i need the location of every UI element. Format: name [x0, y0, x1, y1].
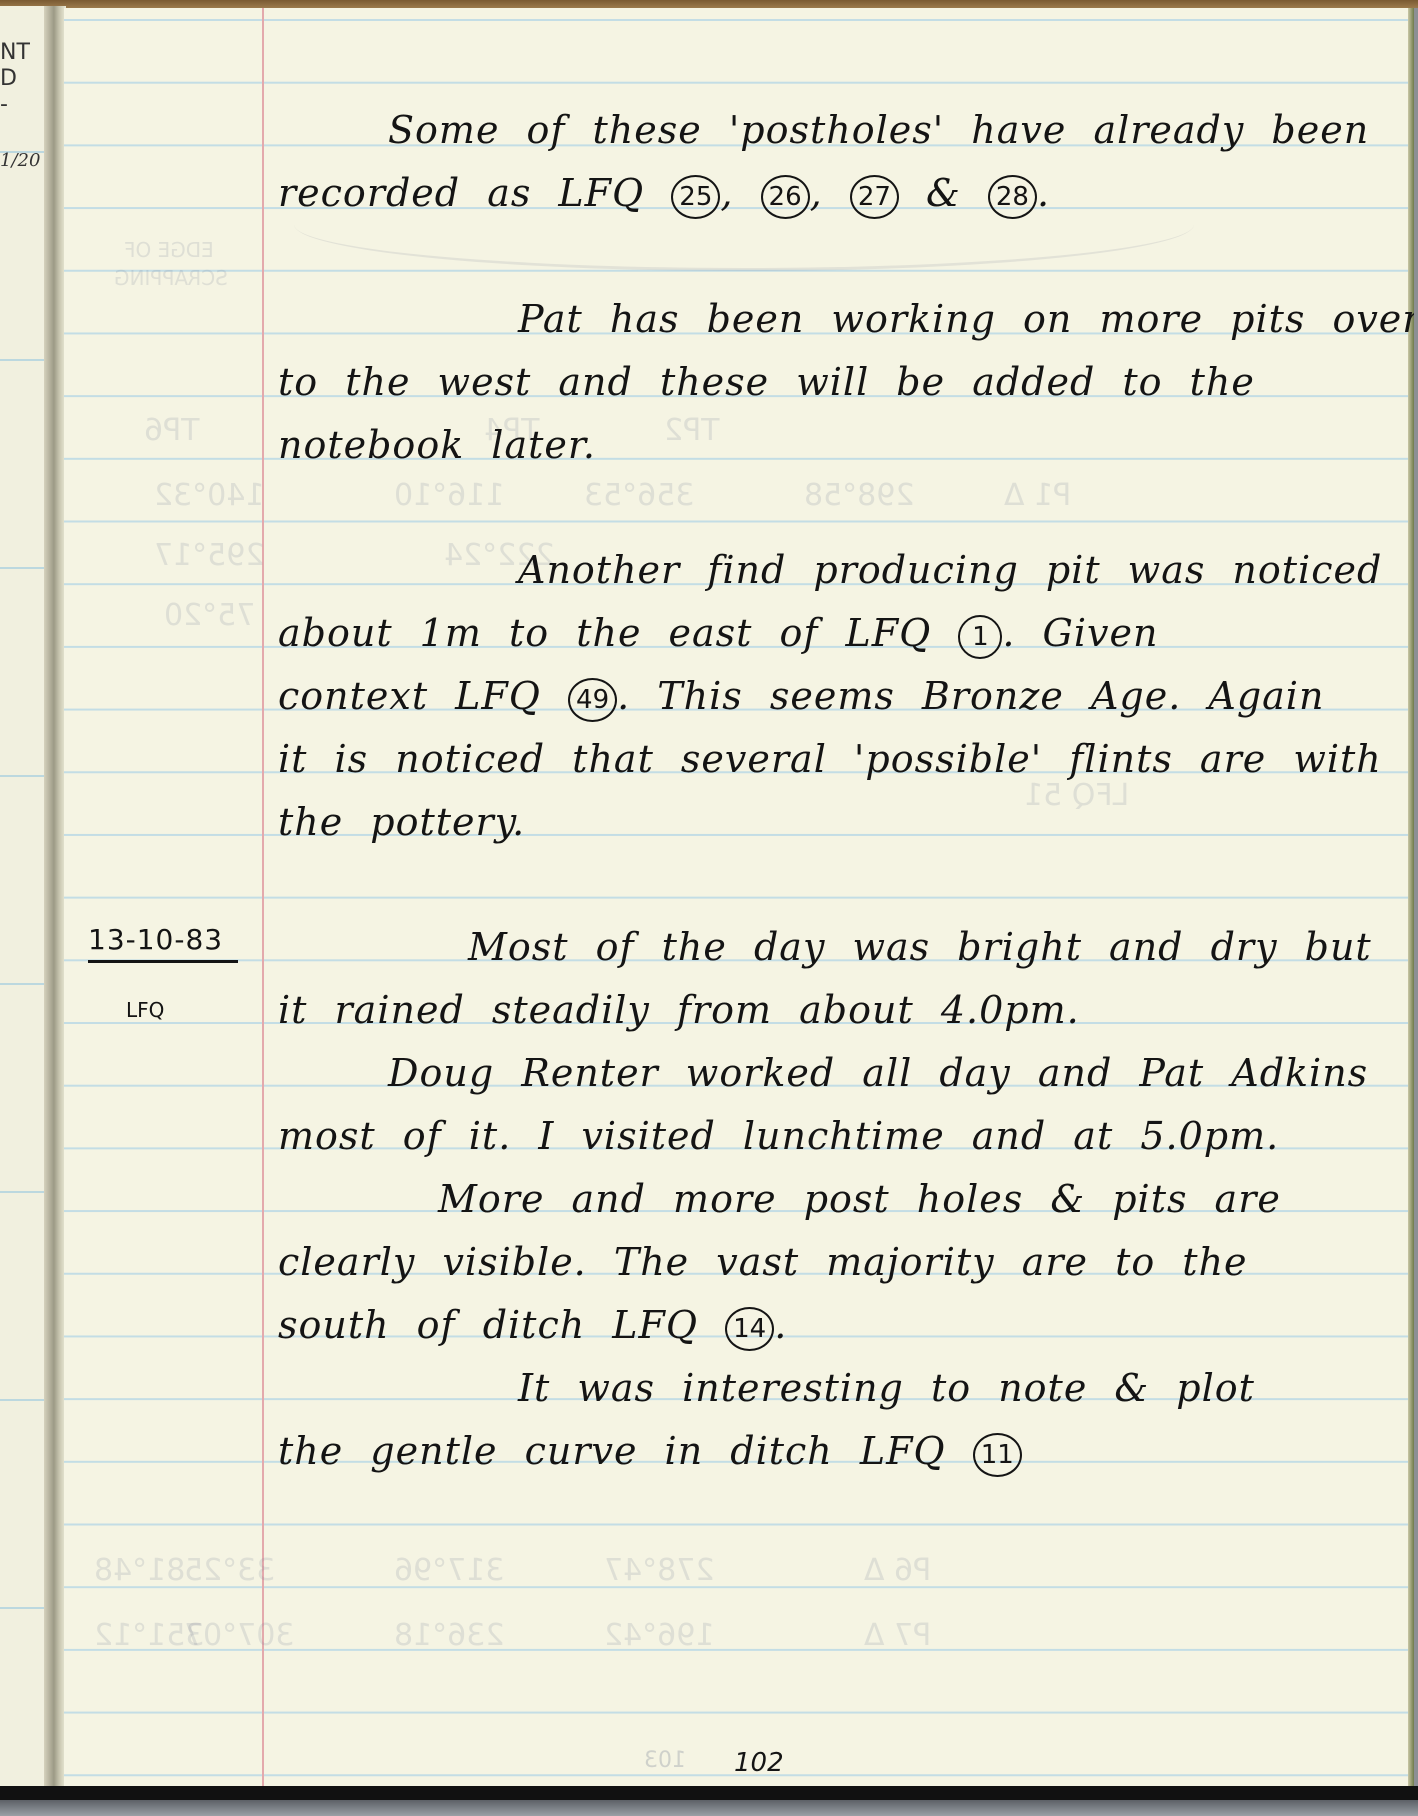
bleed-through-text: 278°47 — [604, 1553, 714, 1588]
ruled-lines — [64, 8, 1414, 1786]
line-text: . — [1037, 171, 1050, 215]
line-text: recorded as LFQ — [278, 171, 644, 215]
handwritten-line: clearly visible. The vast majority are t… — [278, 1240, 1398, 1284]
bleed-through-text: 356°53 — [584, 478, 694, 513]
handwritten-line: More and more post holes & pits are — [278, 1177, 1414, 1221]
bleed-through-text: 75°20 — [164, 598, 255, 633]
previous-page-sliver — [0, 6, 50, 1786]
handwritten-line: Some of these 'postholes' have already b… — [278, 108, 1414, 152]
handwritten-line: Pat has been working on more pits over — [278, 297, 1414, 341]
background-surface — [0, 1800, 1418, 1816]
handwritten-line: context LFQ 49. This seems Bronze Age. A… — [278, 674, 1398, 722]
line-text: . — [774, 1303, 787, 1347]
book-binding-edge — [0, 1786, 1418, 1800]
notebook-page: EDGE OF SCRAPPING TP2 TP4 TP6 P1 Δ 298°5… — [64, 8, 1414, 1786]
bleed-through-text: 116°10 — [394, 478, 504, 513]
bleed-through-text: 33°25 — [184, 1553, 275, 1588]
handwritten-line: the gentle curve in ditch LFQ 11 — [278, 1429, 1398, 1477]
line-text: the gentle curve in ditch LFQ — [278, 1429, 946, 1473]
book-gutter — [44, 6, 66, 1786]
handwritten-line: south of ditch LFQ 14. — [278, 1303, 1398, 1351]
bleed-through-text: 81°48 — [94, 1553, 185, 1588]
bleed-through-text: SCRAPPING — [114, 266, 228, 290]
handwritten-line: Another find producing pit was noticed — [278, 548, 1414, 592]
bleed-through-text: EDGE OF — [124, 238, 214, 262]
line-text: . Given — [1002, 611, 1158, 655]
handwritten-line: notebook later. — [278, 423, 1398, 467]
margin-rule — [262, 8, 264, 1786]
line-text: context LFQ — [278, 674, 541, 718]
bleed-through-text: P7 Δ — [864, 1618, 931, 1653]
handwritten-line: It was interesting to note & plot — [278, 1366, 1414, 1410]
handwritten-line: it is noticed that several 'possible' fl… — [278, 737, 1398, 781]
context-ref-circle: 14 — [725, 1307, 774, 1351]
handwritten-line: Doug Renter worked all day and Pat Adkin… — [278, 1051, 1414, 1095]
page-edge — [1408, 8, 1414, 1786]
bleed-through-text: 317°96 — [394, 1553, 504, 1588]
previous-page-fragment: NT — [0, 40, 40, 66]
notebook-cover-edge — [0, 0, 1418, 8]
handwritten-line: Most of the day was bright and dry but — [278, 925, 1414, 969]
entry-date: 13-10-83 — [88, 923, 238, 963]
site-code: LFQ — [126, 998, 164, 1022]
bleed-through-page-number: 103 — [644, 1748, 686, 1773]
context-ref-circle: 49 — [568, 678, 617, 722]
previous-page-fragment: 1/20 — [0, 148, 40, 174]
context-ref-circle: 25 — [671, 175, 720, 219]
handwritten-line: to the west and these will be added to t… — [278, 360, 1398, 404]
bleed-through-text: 298°58 — [804, 478, 914, 513]
bleed-through-text: 236°18 — [394, 1618, 504, 1653]
bleed-through-text: P6 Δ — [864, 1553, 931, 1588]
line-text: about 1m to the east of LFQ — [278, 611, 931, 655]
bleed-through-text: TP6 — [144, 413, 200, 448]
handwritten-line: it rained steadily from about 4.0pm. — [278, 988, 1398, 1032]
bleed-through-text: 196°42 — [604, 1618, 714, 1653]
bleed-through-text: P1 Δ — [1004, 478, 1071, 513]
handwritten-line: most of it. I visited lunchtime and at 5… — [278, 1114, 1398, 1158]
bleed-through-text: 140°32 — [154, 478, 264, 513]
page-number: 102 — [734, 1748, 784, 1778]
line-text: south of ditch LFQ — [278, 1303, 698, 1347]
context-ref-circle: 1 — [958, 615, 1002, 659]
handwritten-line: the pottery. — [278, 800, 1398, 844]
handwritten-line: about 1m to the east of LFQ 1. Given — [278, 611, 1398, 659]
context-ref-circle: 26 — [761, 175, 810, 219]
previous-page-fragment: - — [0, 92, 40, 118]
previous-page-fragment: D — [0, 66, 40, 92]
bleed-through-text: 351°12 — [94, 1618, 204, 1653]
context-ref-circle: 27 — [850, 175, 899, 219]
line-text: . This seems Bronze Age. Again — [617, 674, 1324, 718]
previous-page-text: NT D - 1/20 — [0, 40, 40, 174]
bleed-through-text: 295°17 — [154, 538, 264, 573]
context-ref-circle: 11 — [973, 1433, 1022, 1477]
context-ref-circle: 28 — [988, 175, 1037, 219]
handwritten-line: recorded as LFQ 25, 26, 27 & 28. — [278, 171, 1398, 219]
